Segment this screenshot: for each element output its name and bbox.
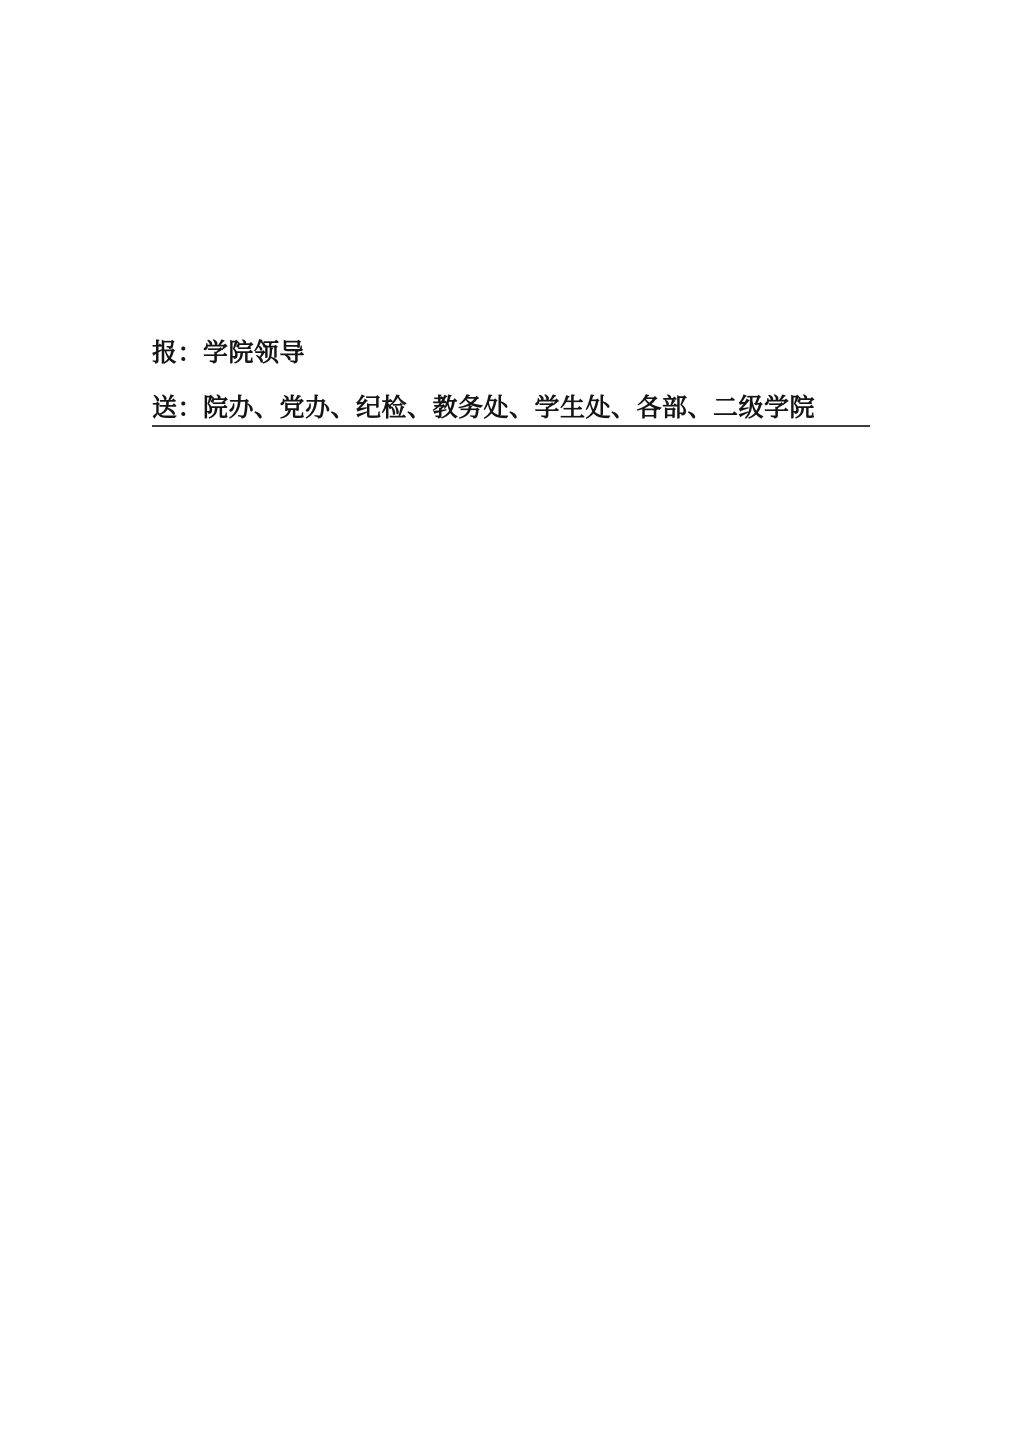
send-recipients-text: 送：院办、党办、纪检、教务处、学生处、各部、二级学院 xyxy=(152,393,815,422)
report-recipients-line: 报：学院领导 xyxy=(152,339,305,367)
document-page: 报：学院领导 送：院办、党办、纪检、教务处、学生处、各部、二级学院 xyxy=(0,0,1024,1448)
send-recipients-line: 送：院办、党办、纪检、教务处、学生处、各部、二级学院 xyxy=(152,394,870,427)
report-recipients-text: 报：学院领导 xyxy=(152,338,305,367)
